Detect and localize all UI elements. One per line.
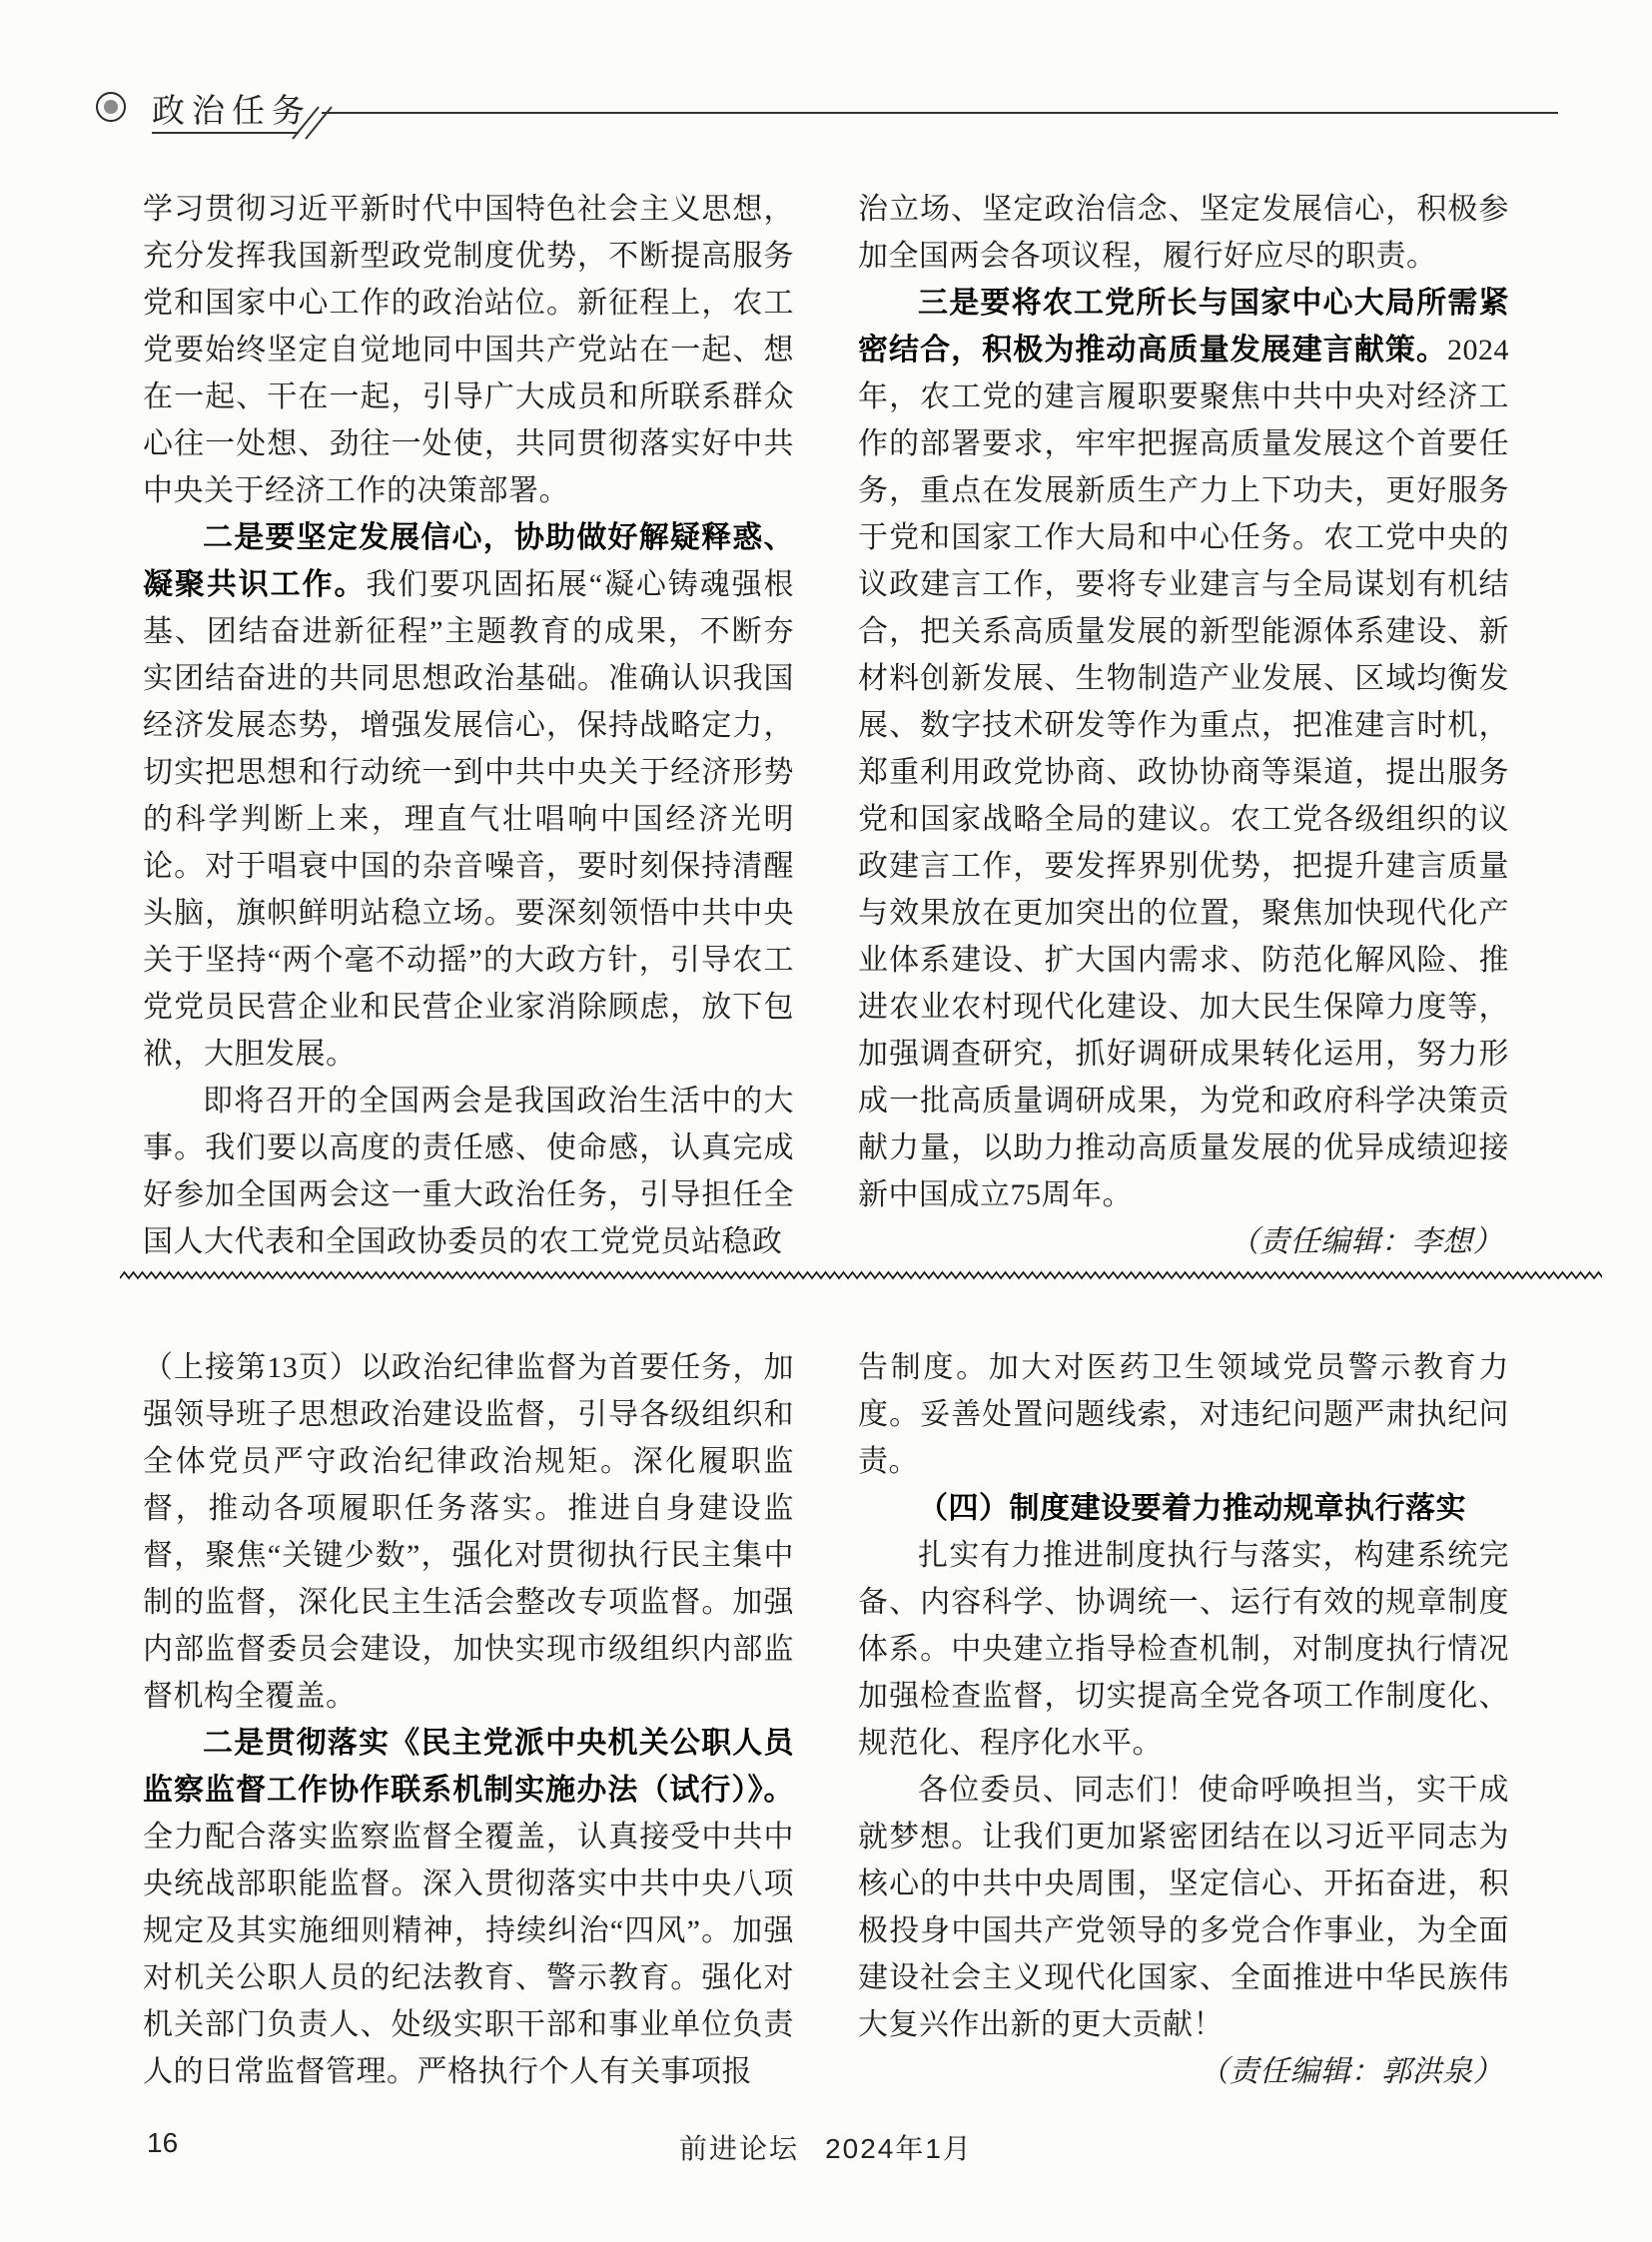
bottom-left-column: （上接第13页）以政治纪律监督为首要任务，加强领导班子思想政治建设监督，引导各级… xyxy=(143,1344,794,2095)
body-text: 我们要巩固拓展“凝心铸魂强根基、团结奋进新征程”主题教育的成果，不断夯实团结奋进… xyxy=(143,568,794,1071)
body-text: 即将召开的全国两会是我国政治生活中的大事。我们要以高度的责任感、使命感，认真完成… xyxy=(143,1085,794,1258)
top-right-column: 治立场、坚定政治信念、坚定发展信心，积极参加全国两会各项议程，履行好应尽的职责。… xyxy=(858,186,1509,1265)
paragraph: 学习贯彻习近平新时代中国特色社会主义思想，充分发挥我国新型政党制度优势，不断提高… xyxy=(143,186,794,514)
magazine-page: 政治任务 学习贯彻习近平新时代中国特色社会主义思想，充分发挥我国新型政党制度优势… xyxy=(0,0,1652,2242)
bold-lead-text: 三是要将农工党所长与国家中心大局所需紧密结合，积极为推动高质量发展建言献策。 xyxy=(858,287,1509,367)
continued-from-note: （上接第13页） xyxy=(143,1351,361,1384)
section-divider xyxy=(120,1270,1602,1280)
footer-center: 前进论坛2024年1月 xyxy=(0,2127,1652,2167)
subsection-heading: （四）制度建设要着力推动规章执行落实 xyxy=(858,1485,1509,1532)
page-number: 16 xyxy=(147,2127,178,2159)
header-rule-decoration xyxy=(0,84,1652,150)
page-footer: 16 前进论坛2024年1月 xyxy=(0,2127,1652,2167)
issue-date: 2024年1月 xyxy=(825,2133,973,2164)
paragraph: 即将召开的全国两会是我国政治生活中的大事。我们要以高度的责任感、使命感，认真完成… xyxy=(143,1078,794,1265)
paragraph: 三是要将农工党所长与国家中心大局所需紧密结合，积极为推动高质量发展建言献策。20… xyxy=(858,280,1509,1218)
body-text: 以政治纪律监督为首要任务，加强领导班子思想政治建设监督，引导各级组织和全体党员严… xyxy=(143,1351,794,1713)
paragraph: 各位委员、同志们！使命呼唤担当，实干成就梦想。让我们更加紧密团结在以习近平同志为… xyxy=(858,1767,1509,2048)
top-left-column: 学习贯彻习近平新时代中国特色社会主义思想，充分发挥我国新型政党制度优势，不断提高… xyxy=(143,186,794,1265)
body-text: 告制度。加大对医药卫生领域党员警示教育力度。妥善处置问题线索，对违纪问题严肃执纪… xyxy=(858,1351,1509,1478)
bottom-article-section: （上接第13页）以政治纪律监督为首要任务，加强领导班子思想政治建设监督，引导各级… xyxy=(143,1344,1509,2095)
bold-lead-text: 二是贯彻落实《民主党派中央机关公职人员监察监督工作协作联系机制实施办法（试行）》… xyxy=(143,1727,794,1807)
paragraph: 二是要坚定发展信心，协助做好解疑释惑、凝聚共识工作。我们要巩固拓展“凝心铸魂强根… xyxy=(143,514,794,1078)
body-text: 扎实有力推进制度执行与落实，构建系统完备、内容科学、协调统一、运行有效的规章制度… xyxy=(858,1539,1509,1760)
bottom-right-column: 告制度。加大对医药卫生领域党员警示教育力度。妥善处置问题线索，对违纪问题严肃执纪… xyxy=(858,1344,1509,2095)
body-text: 各位委员、同志们！使命呼唤担当，实干成就梦想。让我们更加紧密团结在以习近平同志为… xyxy=(858,1774,1509,2041)
paragraph: （上接第13页）以政治纪律监督为首要任务，加强领导班子思想政治建设监督，引导各级… xyxy=(143,1344,794,1720)
journal-name: 前进论坛 xyxy=(679,2133,799,2164)
editor-credit: （责任编辑：李想） xyxy=(858,1218,1509,1265)
paragraph: 告制度。加大对医药卫生领域党员警示教育力度。妥善处置问题线索，对违纪问题严肃执纪… xyxy=(858,1344,1509,1485)
body-text: 全力配合落实监察监督全覆盖，认真接受中共中央统战部职能监督。深入贯彻落实中共中央… xyxy=(143,1821,794,2088)
paragraph: 二是贯彻落实《民主党派中央机关公职人员监察监督工作协作联系机制实施办法（试行）》… xyxy=(143,1720,794,2095)
paragraph: 治立场、坚定政治信念、坚定发展信心，积极参加全国两会各项议程，履行好应尽的职责。 xyxy=(858,186,1509,280)
body-text: 学习贯彻习近平新时代中国特色社会主义思想，充分发挥我国新型政党制度优势，不断提高… xyxy=(143,193,794,507)
body-text: 2024年，农工党的建言履职要聚焦中共中央对经济工作的部署要求，牢牢把握高质量发… xyxy=(858,334,1509,1211)
editor-credit: （责任编辑：郭洪泉） xyxy=(858,2048,1509,2095)
body-text: 治立场、坚定政治信念、坚定发展信心，积极参加全国两会各项议程，履行好应尽的职责。 xyxy=(858,193,1509,273)
paragraph: 扎实有力推进制度执行与落实，构建系统完备、内容科学、协调统一、运行有效的规章制度… xyxy=(858,1532,1509,1767)
top-article-section: 学习贯彻习近平新时代中国特色社会主义思想，充分发挥我国新型政党制度优势，不断提高… xyxy=(143,186,1509,1265)
